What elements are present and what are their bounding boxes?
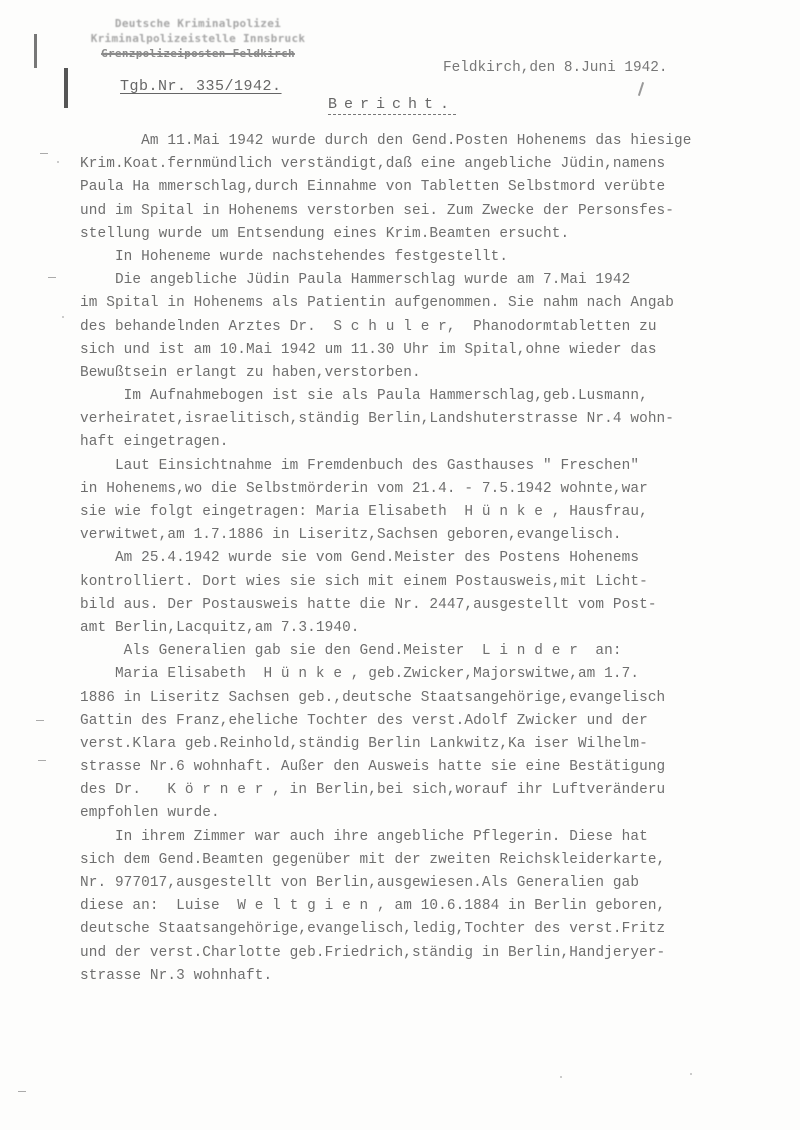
text-line: verwitwet,am 1.7.1886 in Liseritz,Sachse… [80, 524, 800, 547]
text-line: sie wie folgt eingetragen: Maria Elisabe… [80, 501, 800, 524]
text-line: strasse Nr.6 wohnhaft. Außer den Ausweis… [80, 756, 800, 779]
text-line: Am 11.Mai 1942 wurde durch den Gend.Post… [80, 130, 800, 153]
text-line: diese an: Luise W e l t g i e n , am 10.… [80, 895, 800, 918]
text-line: Am 25.4.1942 wurde sie vom Gend.Meister … [80, 547, 800, 570]
text-line: Bewußtsein erlangt zu haben,verstorben. [80, 362, 800, 385]
text-line: sich und ist am 10.Mai 1942 um 11.30 Uhr… [80, 339, 800, 362]
text-line: Nr. 977017,ausgestellt von Berlin,ausgew… [80, 872, 800, 895]
text-line: haft eingetragen. [80, 431, 800, 454]
text-line: In ihrem Zimmer war auch ihre angebliche… [80, 826, 800, 849]
pen-mark [638, 82, 644, 96]
place-date: Feldkirch,den 8.Juni 1942. [443, 60, 668, 76]
text-line: Laut Einsichtnahme im Fremdenbuch des Ga… [80, 455, 800, 478]
text-line: deutsche Staatsangehörige,evangelisch,le… [80, 918, 800, 941]
text-line: des behandelnden Arztes Dr. S c h u l e … [80, 316, 800, 339]
text-line: bild aus. Der Postausweis hatte die Nr. … [80, 594, 800, 617]
text-line: und der verst.Charlotte geb.Friedrich,st… [80, 942, 800, 965]
margin-binding-mark [64, 68, 68, 108]
text-line: Gattin des Franz,eheliche Tochter des ve… [80, 710, 800, 733]
text-line: amt Berlin,Lacquitz,am 7.3.1940. [80, 617, 800, 640]
text-line: empfohlen wurde. [80, 802, 800, 825]
margin-binding-mark [34, 34, 37, 68]
paper-speck [560, 1076, 562, 1078]
text-line: 1886 in Liseritz Sachsen geb.,deutsche S… [80, 687, 800, 710]
text-line: strasse Nr.3 wohnhaft. [80, 965, 800, 988]
paper-speck [57, 161, 59, 163]
document-page: Deutsche Kriminalpolizei Kriminalpolizei… [0, 0, 800, 1130]
text-line: stellung wurde um Entsendung eines Krim.… [80, 223, 800, 246]
margin-tick [18, 1091, 26, 1092]
text-line: Die angebliche Jüdin Paula Hammerschlag … [80, 269, 800, 292]
report-title: Bericht. [328, 96, 456, 115]
text-line: Maria Elisabeth H ü n k e , geb.Zwicker,… [80, 663, 800, 686]
margin-tick [36, 720, 44, 721]
text-line: in Hohenems,wo die Selbstmörderin vom 21… [80, 478, 800, 501]
margin-tick [48, 277, 56, 278]
stamp-line-office: Kriminalpolizeistelle Innsbruck [88, 31, 308, 46]
text-line: verst.Klara geb.Reinhold,ständig Berlin … [80, 733, 800, 756]
stamp-line-post: Grenzpolizeiposten Feldkirch [88, 46, 308, 61]
report-body: Am 11.Mai 1942 wurde durch den Gend.Post… [80, 130, 800, 988]
text-line: In Hoheneme wurde nachstehendes festgest… [80, 246, 800, 269]
text-line: des Dr. K ö r n e r , in Berlin,bei sich… [80, 779, 800, 802]
text-line: Paula Ha mmerschlag,durch Einnahme von T… [80, 176, 800, 199]
stamp-line-agency: Deutsche Kriminalpolizei [88, 16, 308, 31]
text-line: Krim.Koat.fernmündlich verständigt,daß e… [80, 153, 800, 176]
text-line: Als Generalien gab sie den Gend.Meister … [80, 640, 800, 663]
margin-tick [38, 760, 46, 761]
text-line: kontrolliert. Dort wies sie sich mit ein… [80, 571, 800, 594]
paper-speck [62, 316, 64, 318]
agency-stamp: Deutsche Kriminalpolizei Kriminalpolizei… [88, 16, 308, 61]
text-line: verheiratet,israelitisch,ständig Berlin,… [80, 408, 800, 431]
paper-speck [690, 1073, 692, 1075]
text-line: im Spital in Hohenems als Patientin aufg… [80, 292, 800, 315]
margin-tick [40, 153, 48, 154]
text-line: Im Aufnahmebogen ist sie als Paula Hamme… [80, 385, 800, 408]
text-line: sich dem Gend.Beamten gegenüber mit der … [80, 849, 800, 872]
journal-number: Tgb.Nr. 335/1942. [120, 78, 282, 95]
text-line: und im Spital in Hohenems verstorben sei… [80, 200, 800, 223]
